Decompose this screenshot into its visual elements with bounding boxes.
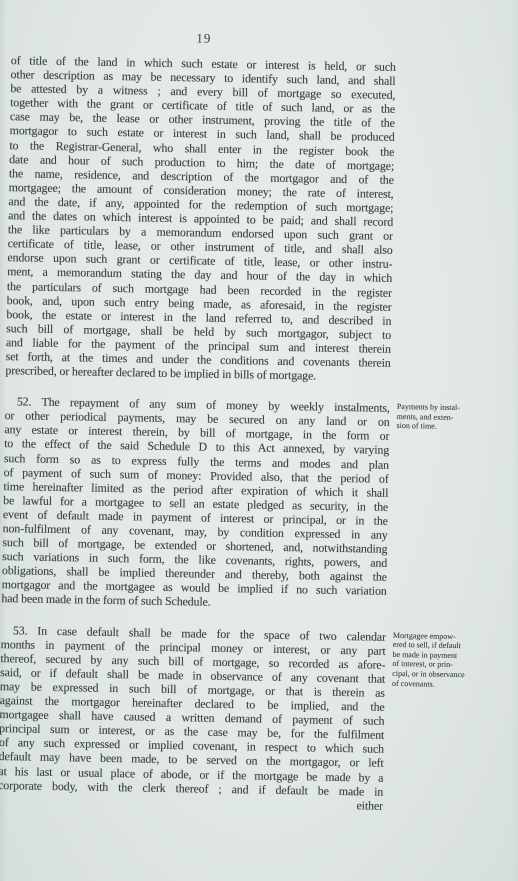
paragraph-section-53: 53. In case default shall be made for th…: [0, 623, 386, 813]
document-body: of title of the land in which such estat…: [0, 53, 517, 814]
page-number: 19: [11, 27, 396, 50]
paragraph-section-52: 52. The repayment of any sum of money by…: [1, 394, 390, 612]
page-skew-wrapper: 19 of title of the land in which such es…: [0, 0, 518, 881]
margin-note: Payments by instal-ments, and exten-sion…: [389, 401, 511, 433]
paragraph-clause-continuation: of title of the land in which such estat…: [5, 53, 396, 384]
paragraph-row: of title of the land in which such estat…: [5, 53, 517, 386]
margin-note: [396, 60, 517, 63]
margin-note-line: of covenants.: [392, 678, 506, 690]
margin-note: Mortgagee empow-ered to sell, if default…: [385, 629, 507, 690]
scanned-page: 19 of title of the land in which such es…: [0, 0, 518, 881]
paragraph-row: 52. The repayment of any sum of money by…: [1, 394, 511, 614]
margin-note-line: sion of time.: [396, 421, 510, 433]
paragraph-row: 53. In case default shall be made for th…: [0, 623, 507, 815]
